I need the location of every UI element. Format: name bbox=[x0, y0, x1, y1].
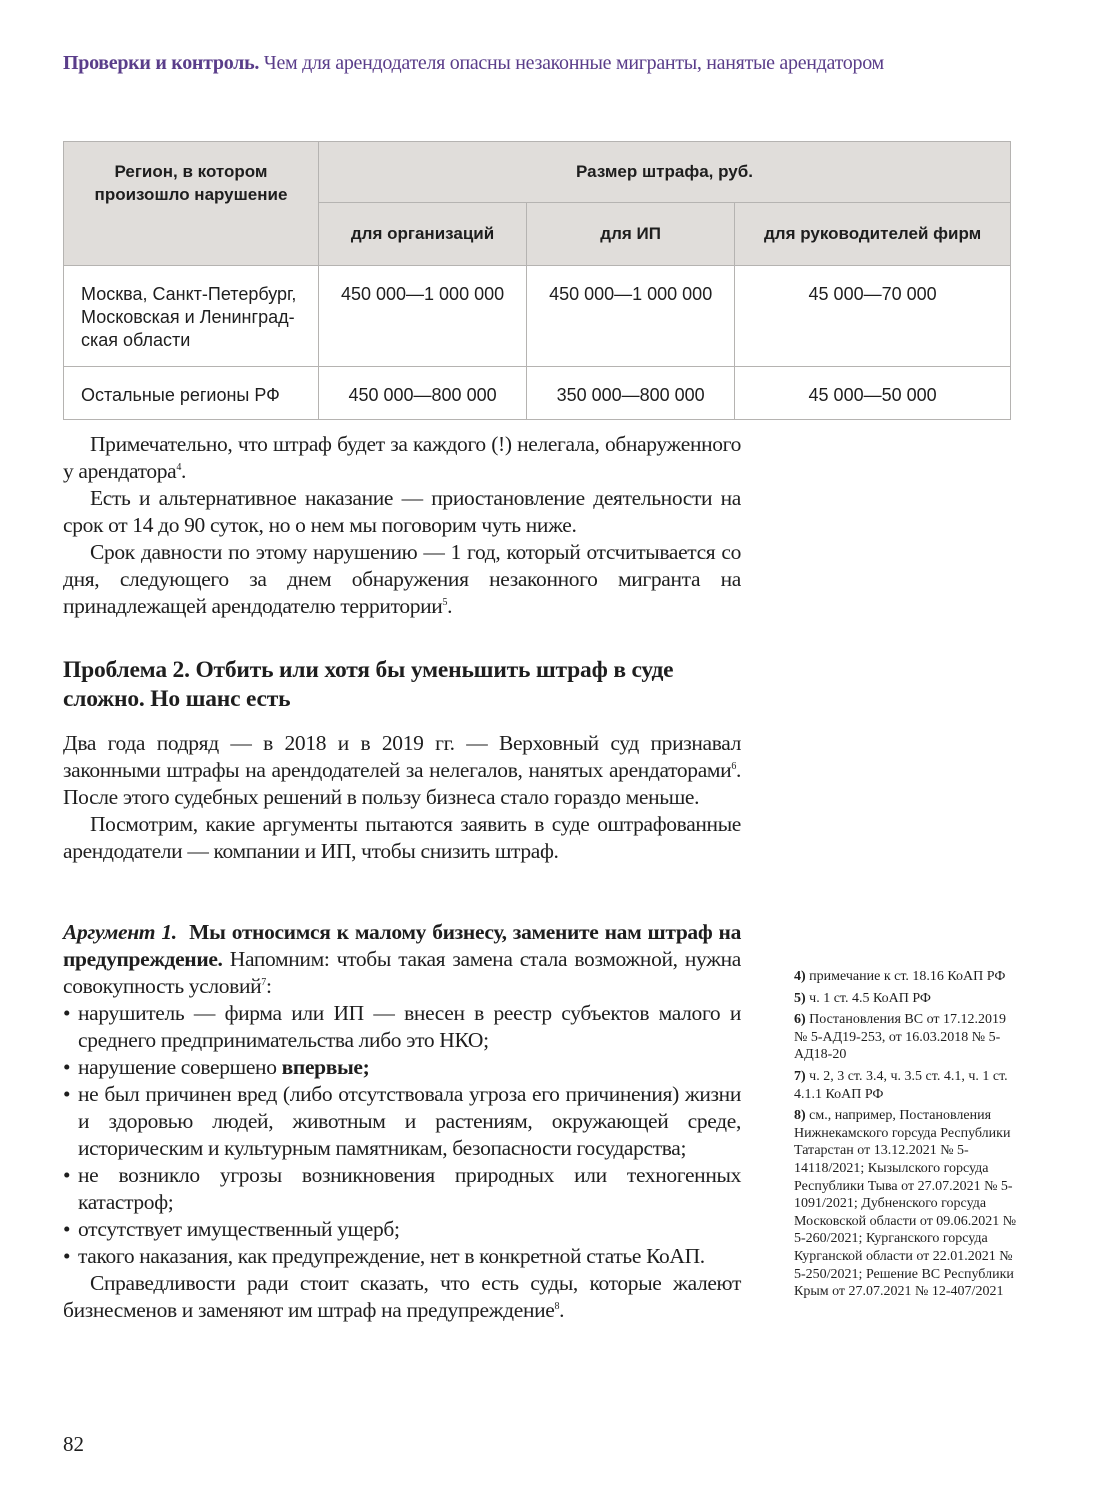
footnote: 7) ч. 2, 3 ст. 3.4, ч. 3.5 ст. 4.1, ч. 1… bbox=[794, 1068, 1020, 1103]
list-item: •не был причинен вред (либо отсутствовал… bbox=[63, 1081, 741, 1162]
footnote-number: 8) bbox=[794, 1108, 806, 1123]
section-heading: Проблема 2. Отбить или хотя бы уменьшить… bbox=[63, 656, 741, 714]
region-cell: Москва, Санкт-Петербург, Московская и Ле… bbox=[64, 266, 319, 367]
paragraph: Есть и альтернативное наказание — приост… bbox=[63, 485, 741, 539]
list-item-text: нарушитель — фирма или ИП — внесен в рее… bbox=[78, 1001, 741, 1052]
paragraph: Срок давности по этому нарушению — 1 год… bbox=[63, 539, 741, 620]
fines-table: Регион, в котором произошло нарушение Ра… bbox=[63, 141, 1011, 420]
paragraph-tail: . bbox=[181, 459, 186, 483]
list-item: •отсутствует имущественный ущерб; bbox=[63, 1216, 741, 1243]
list-item: •не возникло угрозы возникновения природ… bbox=[63, 1162, 741, 1216]
paragraph: Примечательно, что штраф будет за каждог… bbox=[63, 431, 741, 485]
paragraph-text: Срок давности по этому нарушению — 1 год… bbox=[63, 540, 741, 618]
fine-cell: 45 000—70 000 bbox=[735, 266, 1011, 367]
argument-1: Аргумент 1. Мы относимся к малому бизнес… bbox=[63, 919, 741, 1324]
table-header-row: Регион, в котором произошло нарушение Ра… bbox=[64, 142, 1011, 203]
list-item-bold: впервые; bbox=[282, 1055, 370, 1079]
list-item-text: не возникло угрозы возникновения природн… bbox=[78, 1163, 741, 1214]
table-row: Москва, Санкт-Петербург, Московская и Ле… bbox=[64, 266, 1011, 367]
list-item: •такого наказания, как предупреждение, н… bbox=[63, 1243, 741, 1270]
bullet-icon: • bbox=[63, 1162, 70, 1189]
paragraph-tail: : bbox=[266, 974, 272, 998]
header-managers: для руководителей фирм bbox=[735, 202, 1011, 265]
running-head: Проверки и контроль. Чем для арендодател… bbox=[63, 52, 884, 75]
list-item: •нарушение совершено впервые; bbox=[63, 1054, 741, 1081]
footnote-text: примечание к ст. 18.16 КоАП РФ bbox=[806, 969, 1006, 984]
section-intro: Примечательно, что штраф будет за каждог… bbox=[63, 431, 741, 620]
page-number: 82 bbox=[63, 1432, 84, 1457]
paragraph-text: Справедливости ради стоит сказать, что е… bbox=[63, 1271, 741, 1322]
paragraph: Справедливости ради стоит сказать, что е… bbox=[63, 1270, 741, 1324]
paragraph-text: Примечательно, что штраф будет за каждог… bbox=[63, 432, 741, 483]
fine-cell: 45 000—50 000 bbox=[735, 367, 1011, 420]
footnote-number: 6) bbox=[794, 1012, 806, 1027]
list-item: •нарушитель — фирма или ИП — внесен в ре… bbox=[63, 1000, 741, 1054]
footnote-text: ч. 1 ст. 4.5 КоАП РФ bbox=[806, 991, 931, 1006]
bullet-icon: • bbox=[63, 1243, 70, 1270]
footnote: 6) Постановления ВС от 17.12.2019 № 5-АД… bbox=[794, 1011, 1020, 1064]
region-cell: Остальные регионы РФ bbox=[64, 367, 319, 420]
footnote-text: Постановления ВС от 17.12.2019 № 5-АД19-… bbox=[794, 1012, 1006, 1062]
footnote-number: 4) bbox=[794, 969, 806, 984]
running-head-title: Чем для арендодателя опасны незаконные м… bbox=[264, 52, 884, 74]
paragraph-tail: . bbox=[447, 594, 452, 618]
list-item-text: не был причинен вред (либо отсутствовала… bbox=[78, 1082, 741, 1160]
footnote-text: ч. 2, 3 ст. 3.4, ч. 3.5 ст. 4.1, ч. 1 ст… bbox=[794, 1069, 1008, 1102]
argument-label: Аргумент 1. bbox=[63, 920, 177, 944]
paragraph: Аргумент 1. Мы относимся к малому бизнес… bbox=[63, 919, 741, 1000]
paragraph-text: Два года подряд — в 2018 и в 2019 гг. — … bbox=[63, 731, 741, 782]
bullet-icon: • bbox=[63, 1054, 70, 1081]
list-item-text: нарушение совершено bbox=[78, 1055, 282, 1079]
footnote: 8) см., например, Постановления Нижнекам… bbox=[794, 1107, 1020, 1301]
running-head-section: Проверки и контроль. bbox=[63, 52, 259, 74]
footnote: 5) ч. 1 ст. 4.5 КоАП РФ bbox=[794, 990, 1020, 1008]
list-item-text: отсутствует имущественный ущерб; bbox=[78, 1217, 400, 1241]
paragraph-tail: . bbox=[559, 1298, 564, 1322]
conditions-list: •нарушитель — фирма или ИП — внесен в ре… bbox=[63, 1000, 741, 1270]
fine-cell: 450 000—1 000 000 bbox=[319, 266, 527, 367]
footnotes: 4) примечание к ст. 18.16 КоАП РФ 5) ч. … bbox=[794, 968, 1020, 1305]
header-fine-size: Размер штрафа, руб. bbox=[319, 142, 1011, 203]
header-organizations: для организаций bbox=[319, 202, 527, 265]
bullet-icon: • bbox=[63, 1216, 70, 1243]
footnote: 4) примечание к ст. 18.16 КоАП РФ bbox=[794, 968, 1020, 986]
paragraph: Посмотрим, какие аргументы пытаются заяв… bbox=[63, 811, 741, 865]
paragraph: Два года подряд — в 2018 и в 2019 гг. — … bbox=[63, 730, 741, 811]
paragraph-text: Есть и альтернативное наказание — приост… bbox=[63, 486, 741, 537]
header-ip: для ИП bbox=[527, 202, 735, 265]
bullet-icon: • bbox=[63, 1000, 70, 1027]
fine-cell: 450 000—1 000 000 bbox=[527, 266, 735, 367]
list-item-text: такого наказания, как предупреждение, не… bbox=[78, 1244, 705, 1268]
header-region: Регион, в котором произошло нарушение bbox=[64, 142, 319, 266]
footnote-number: 5) bbox=[794, 991, 806, 1006]
problem2-body: Два года подряд — в 2018 и в 2019 гг. — … bbox=[63, 730, 741, 865]
footnote-text: см., например, Постановления Нижнекамско… bbox=[794, 1108, 1016, 1299]
bullet-icon: • bbox=[63, 1081, 70, 1108]
table-row: Остальные регионы РФ 450 000—800 000 350… bbox=[64, 367, 1011, 420]
fine-cell: 450 000—800 000 bbox=[319, 367, 527, 420]
footnote-number: 7) bbox=[794, 1069, 806, 1084]
fine-cell: 350 000—800 000 bbox=[527, 367, 735, 420]
